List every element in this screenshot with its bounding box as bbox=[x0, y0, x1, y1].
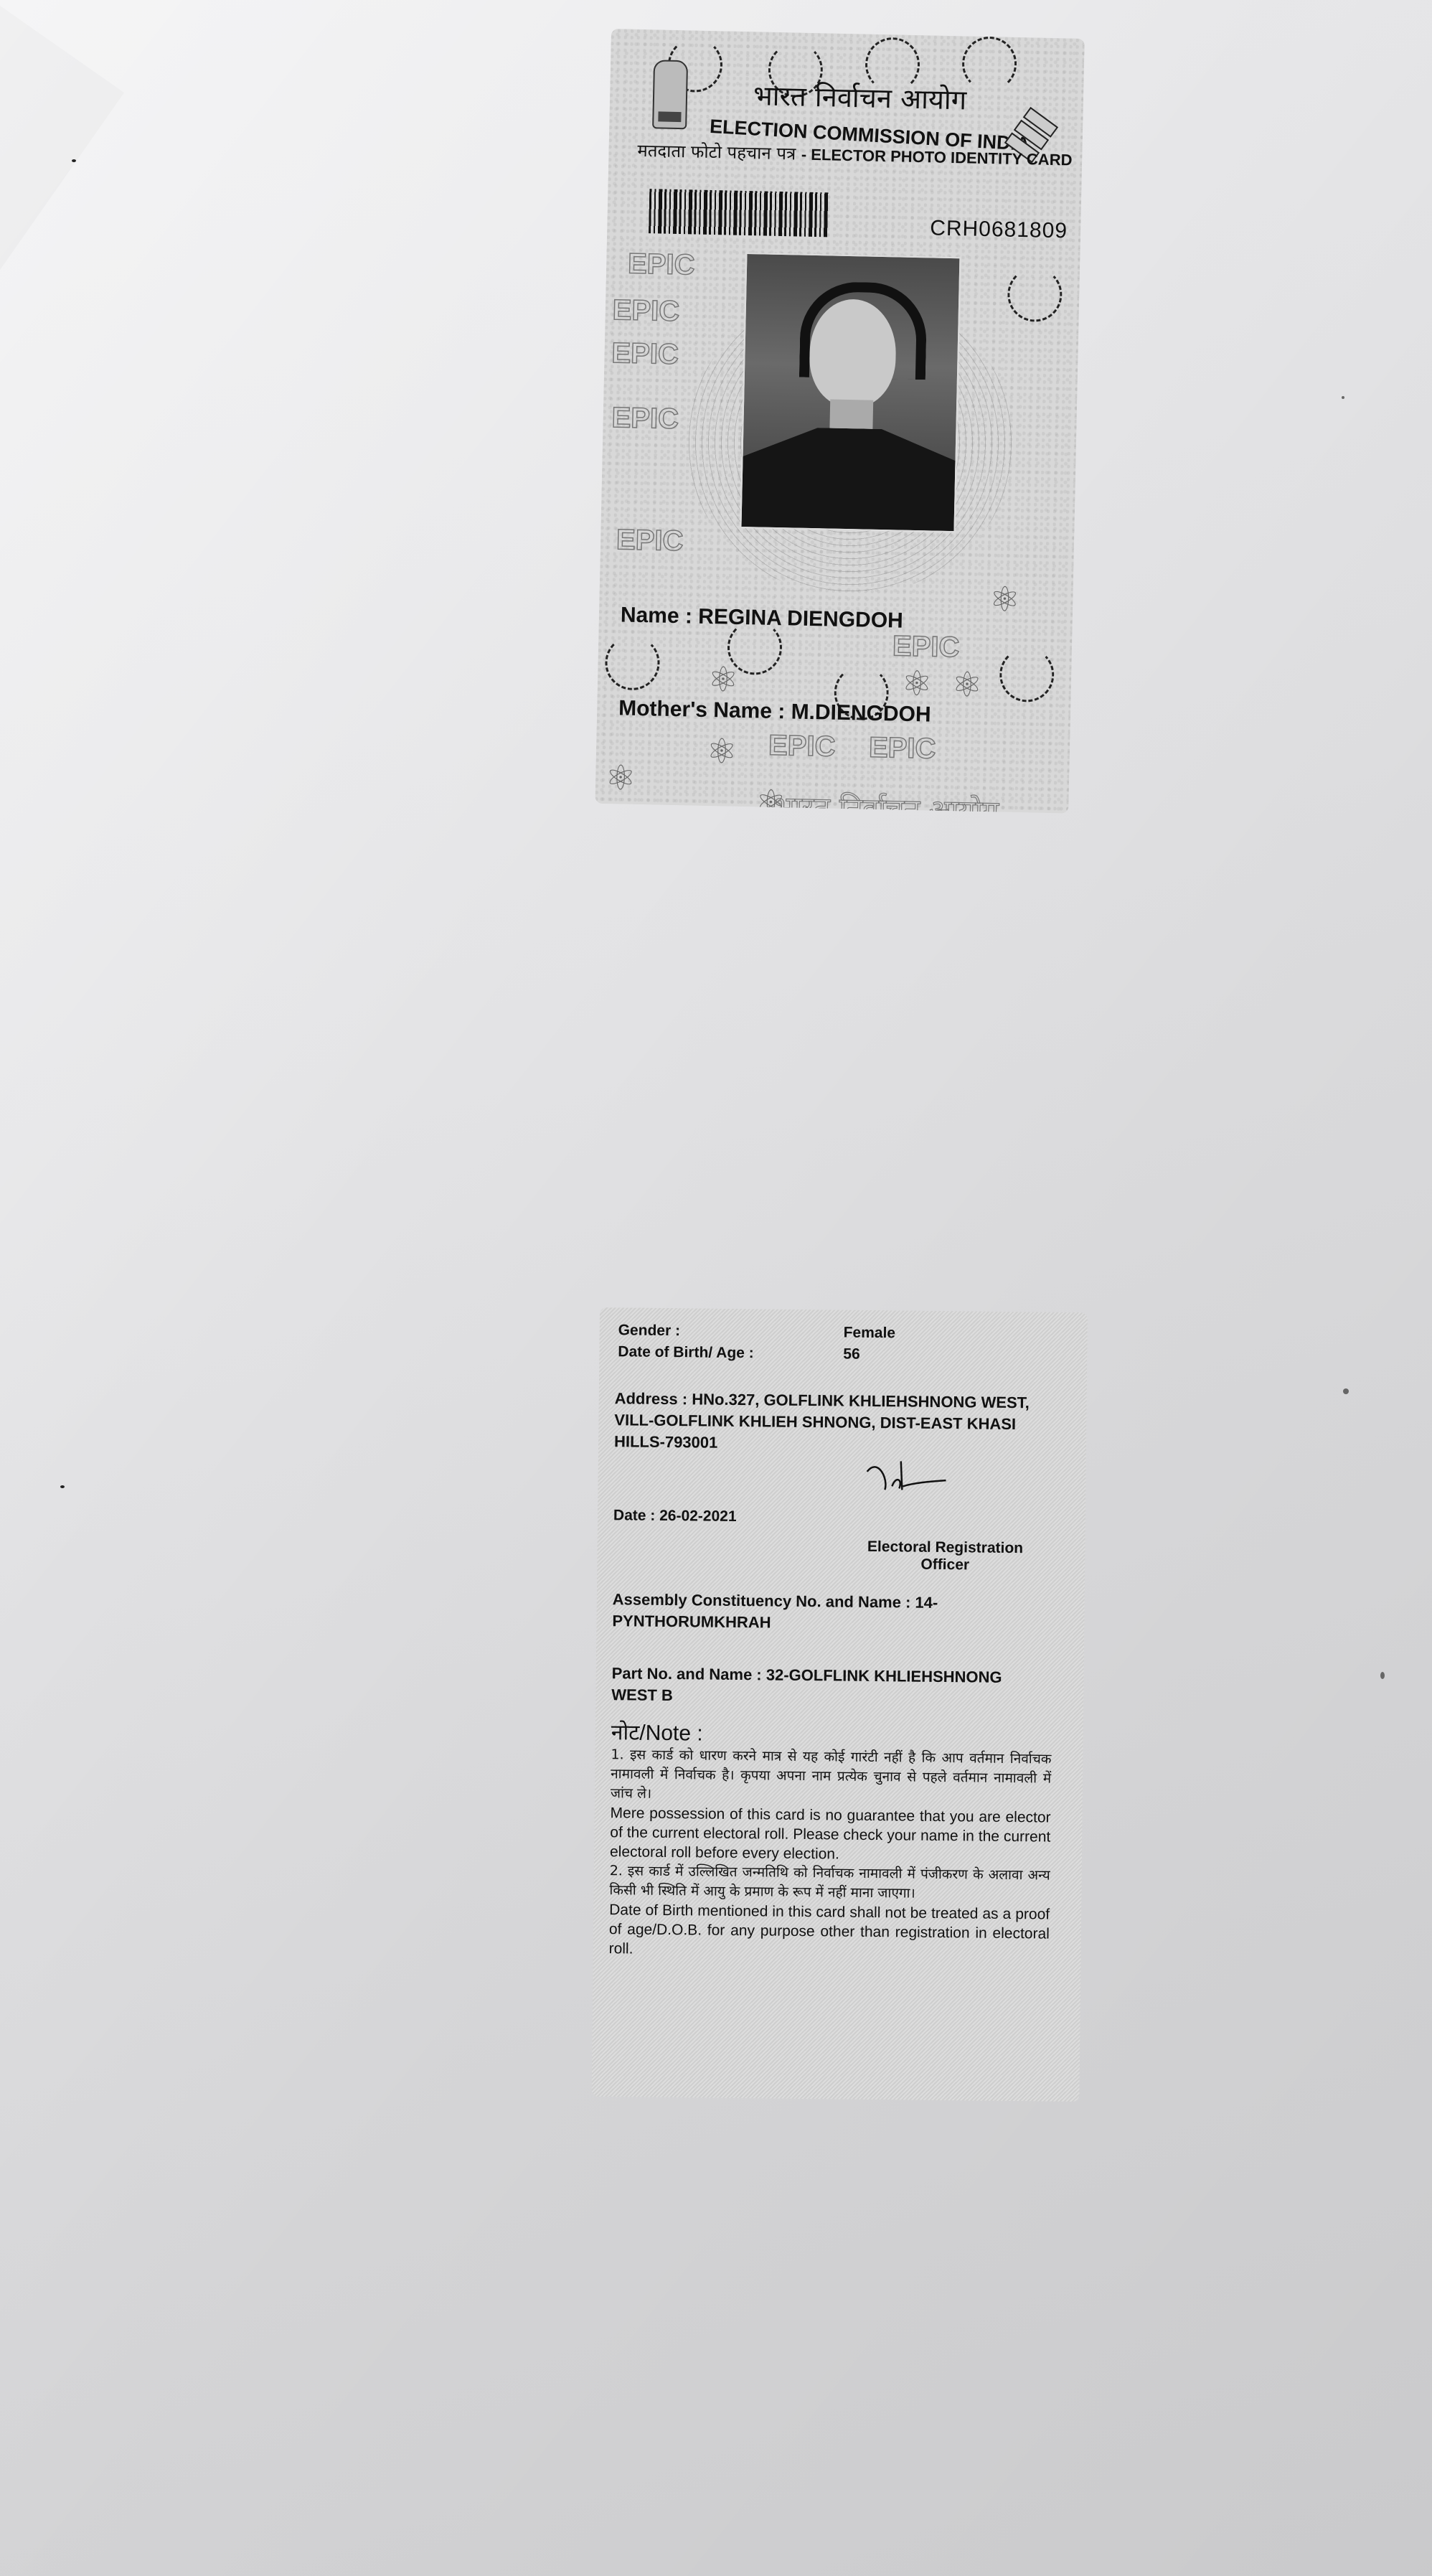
security-ring-icon bbox=[605, 635, 661, 691]
note-body: 1. इस कार्ड को धारण करने मात्र से यह कोई… bbox=[609, 1745, 1052, 1962]
atom-icon: ⚛ bbox=[603, 761, 639, 797]
date-field: Date : 26-02-2021 bbox=[613, 1507, 737, 1526]
dob-row: Date of Birth/ Age : 56 bbox=[599, 1343, 1087, 1348]
atom-icon: ⚛ bbox=[703, 734, 740, 771]
paper-speck bbox=[1380, 1672, 1385, 1679]
card-type-hindi: मतदाता फोटो पहचान पत्र bbox=[637, 141, 796, 164]
officer-title: Electoral Registration Officer bbox=[848, 1538, 1042, 1575]
ashoka-emblem-icon bbox=[652, 60, 688, 129]
card-type-english: - ELECTOR PHOTO IDENTITY CARD bbox=[801, 146, 1073, 169]
atom-icon: ⚛ bbox=[898, 667, 935, 703]
name-value: REGINA DIENGDOH bbox=[698, 605, 903, 633]
paper-corner bbox=[0, 0, 124, 621]
note2-hindi: 2. इस कार्ड में उल्लिखित जन्मतिथि को निर… bbox=[609, 1861, 1050, 1904]
atom-icon: ⚛ bbox=[986, 582, 1023, 619]
part-label: Part No. and Name : bbox=[612, 1664, 762, 1683]
address-field: Address : HNo.327, GOLFLINK KHLIEHSHNONG… bbox=[614, 1388, 1052, 1457]
security-ring-icon bbox=[1007, 267, 1063, 323]
mother-name-value: M.DIENGDOH bbox=[791, 700, 931, 726]
officer-title-line2: Officer bbox=[848, 1556, 1042, 1575]
header-hindi: भारत निर्वाचन आयोग bbox=[753, 76, 967, 118]
name-label: Name : bbox=[621, 603, 693, 628]
note-heading: नोट/Note : bbox=[611, 1716, 703, 1747]
gender-row: Gender : Female bbox=[600, 1322, 1088, 1327]
constituency-field: Assembly Constituency No. and Name : 14-… bbox=[612, 1589, 1050, 1636]
epic-watermark: EPIC bbox=[611, 337, 679, 371]
barcode bbox=[649, 189, 829, 237]
epic-watermark: EPIC bbox=[892, 630, 960, 664]
part-field: Part No. and Name : 32-GOLFLINK KHLIEHSH… bbox=[611, 1663, 1050, 1710]
atom-icon: ⚛ bbox=[948, 667, 985, 704]
officer-signature bbox=[863, 1454, 950, 1498]
paper-speck bbox=[72, 159, 76, 162]
note2-english: Date of Birth mentioned in this card sha… bbox=[609, 1900, 1050, 1962]
note1-hindi: 1. इस कार्ड को धारण करने मात्र से यह कोई… bbox=[611, 1745, 1052, 1808]
voter-photo bbox=[740, 253, 961, 532]
date-label: Date : bbox=[613, 1507, 656, 1524]
officer-title-line1: Electoral Registration bbox=[848, 1538, 1042, 1558]
dob-value: 56 bbox=[843, 1346, 860, 1363]
voter-id-back: Gender : Female Date of Birth/ Age : 56 … bbox=[591, 1307, 1087, 2102]
address-label: Address : bbox=[615, 1389, 688, 1408]
epic-number: CRH0681809 bbox=[930, 216, 1068, 243]
gender-label: Gender : bbox=[618, 1322, 681, 1340]
paper-speck bbox=[1343, 1388, 1349, 1394]
mother-name-label: Mother's Name : bbox=[618, 696, 786, 723]
epic-watermark: EPIC bbox=[616, 524, 684, 558]
voter-id-front: भारत निर्वाचन आयोग ELECTION COMMISSION O… bbox=[595, 29, 1084, 814]
epic-watermark: EPIC bbox=[611, 402, 679, 436]
paper-speck bbox=[60, 1485, 65, 1488]
constituency-label: Assembly Constituency No. and Name : bbox=[613, 1590, 911, 1611]
gender-value: Female bbox=[844, 1325, 896, 1343]
atom-icon: ⚛ bbox=[705, 662, 741, 699]
date-value: 26-02-2021 bbox=[659, 1508, 737, 1525]
epic-watermark: EPIC bbox=[612, 294, 679, 328]
epic-watermark: EPIC bbox=[768, 730, 836, 763]
dob-label: Date of Birth/ Age : bbox=[618, 1343, 754, 1362]
name-field: Name : REGINA DIENGDOH bbox=[621, 603, 904, 633]
security-ring-icon bbox=[999, 647, 1055, 703]
security-ring-icon bbox=[961, 36, 1017, 92]
epic-watermark: EPIC bbox=[628, 248, 695, 282]
footer-watermark-hindi: भारत निर्वाचन आयोग bbox=[774, 786, 999, 814]
epic-watermark: EPIC bbox=[869, 732, 936, 766]
paper-speck bbox=[1342, 396, 1344, 399]
note1-english: Mere possession of this card is no guara… bbox=[610, 1803, 1051, 1866]
